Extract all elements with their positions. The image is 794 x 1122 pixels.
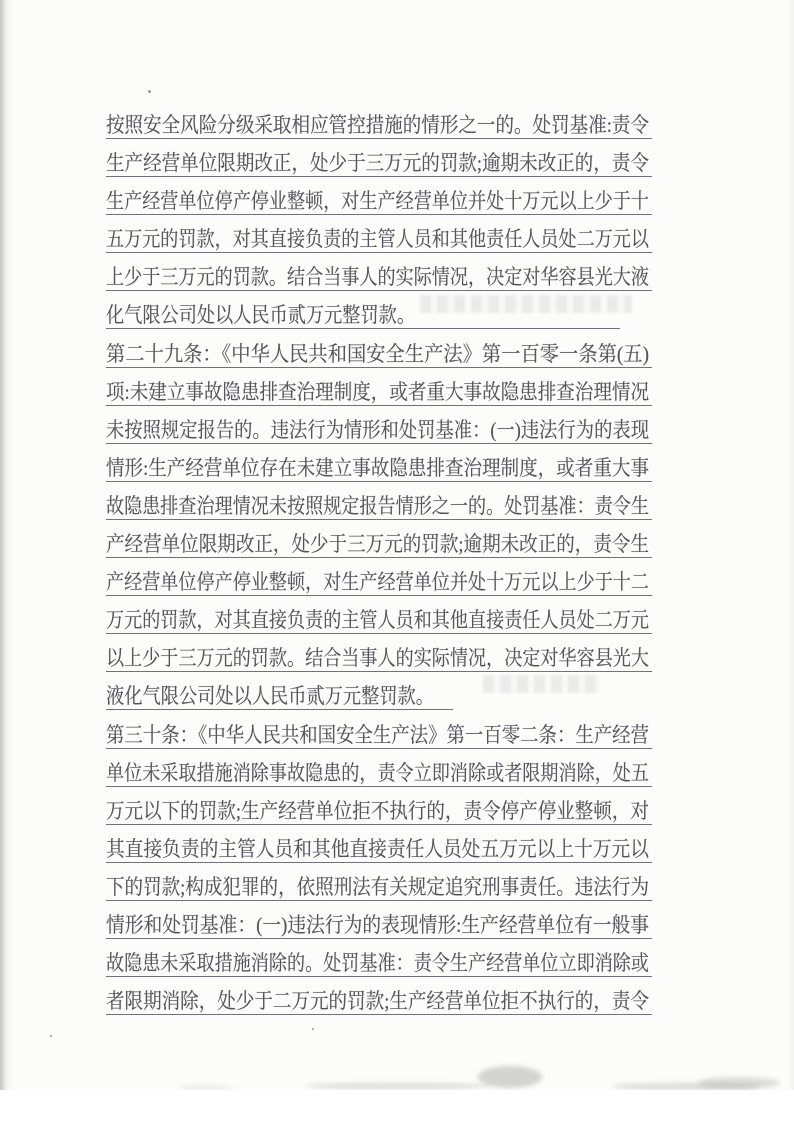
text-line: 第二十九条：《中华人民共和国安全生产法》第一百零一条第(五) [106,334,652,368]
line-text: 液化气限公司处以人民币贰万元整罚款。 [106,686,434,707]
scanner-background [0,1090,794,1122]
text-line: 故隐患排查治理情况未按照规定报告情形之一的。处罚基准：责令生 [106,486,652,520]
text-line: 情形和处罚基准：(一)违法行为的表现情形:生产经营单位有一般事 [106,905,652,939]
scan-smudge [698,1077,780,1089]
text-line: 万元以下的罚款;生产经营单位拒不执行的，责令停产停业整顿，对 [106,791,652,825]
text-line: 产经营单位停产停业整顿，对生产经营单位并处十万元以上少于十二 [106,562,652,596]
line-text: 故隐患排查治理情况未按照规定报告情形之一的。处罚基准：责令生 [106,496,649,517]
text-line: 生产经营单位限期改正，处少于三万元的罚款;逾期未改正的，责令 [106,143,652,177]
text-line: 未按照规定报告的。违法行为情形和处罚基准：(一)违法行为的表现 [106,410,652,444]
text-line: 以上少于三万元的罚款。结合当事人的实际情况，决定对华容县光大 [106,638,652,672]
line-text: 下的罚款;构成犯罪的，依照刑法有关规定追究刑事责任。违法行为 [106,877,649,898]
line-text: 项:未建立事故隐患排查治理制度，或者重大事故隐患排查治理情况 [106,382,649,403]
text-line: 情形:生产经营单位存在未建立事故隐患排查治理制度，或者重大事 [106,448,652,482]
text-line: 上少于三万元的罚款。结合当事人的实际情况，决定对华容县光大液 [106,257,652,291]
bleed-through-mark [420,295,632,313]
line-text: 产经营单位限期改正，处少于三万元的罚款;逾期未改正的，责令生 [106,534,649,555]
scan-smudge [305,1083,490,1089]
line-text: 单位未采取措施消除事故隐患的，责令立即消除或者限期消除，处五 [106,763,649,784]
text-line: 生产经营单位停产停业整顿，对生产经营单位并处十万元以上少于十 [106,181,652,215]
line-text: 其直接负责的主管人员和其他直接责任人员处五万元以上十万元以 [106,839,649,860]
bleed-through-mark [483,675,601,693]
line-text: 化气限公司处以人民币贰万元整罚款。 [106,305,415,326]
line-text: 情形:生产经营单位存在未建立事故隐患排查治理制度，或者重大事 [106,458,649,479]
line-text: 按照安全风险分级采取相应管控措施的情形之一的。处罚基准:责令 [106,115,649,136]
text-line: 万元的罚款，对其直接负责的主管人员和其他直接责任人员处二万元 [106,600,652,634]
text-line: 按照安全风险分级采取相应管控措施的情形之一的。处罚基准:责令 [106,105,652,139]
line-text: 第二十九条：《中华人民共和国安全生产法》第一百零一条第(五) [106,344,649,365]
text-line: 产经营单位限期改正，处少于三万元的罚款;逾期未改正的，责令生 [106,524,652,558]
line-text: 产经营单位停产停业整顿，对生产经营单位并处十万元以上少于十二 [106,572,649,593]
line-text: 万元的罚款，对其直接负责的主管人员和其他直接责任人员处二万元 [106,610,649,631]
line-text: 第三十条：《中华人民共和国安全生产法》第一百零二条：生产经营 [106,725,649,746]
text-line: 其直接负责的主管人员和其他直接责任人员处五万元以上十万元以 [106,829,652,863]
scan-speck [148,90,151,93]
page-edge-shadow-right [788,0,794,1090]
scan-speck [50,1035,52,1037]
line-text: 情形和处罚基准：(一)违法行为的表现情形:生产经营单位有一般事 [106,915,649,936]
document-text-block: 按照安全风险分级采取相应管控措施的情形之一的。处罚基准:责令 生产经营单位限期改… [106,105,654,1015]
line-text: 未按照规定报告的。违法行为情形和处罚基准：(一)违法行为的表现 [106,420,649,441]
line-text: 者限期消除，处少于二万元的罚款;生产经营单位拒不执行的，责令 [106,991,649,1012]
text-line: 故隐患未采取措施消除的。处罚基准：责令生产经营单位立即消除或 [106,943,652,977]
text-line: 者限期消除，处少于二万元的罚款;生产经营单位拒不执行的，责令 [106,981,652,1015]
line-text: 生产经营单位停产停业整顿，对生产经营单位并处十万元以上少于十 [106,191,649,212]
text-line: 下的罚款;构成犯罪的，依照刑法有关规定追究刑事责任。违法行为 [106,867,652,901]
line-text: 万元以下的罚款;生产经营单位拒不执行的，责令停产停业整顿，对 [106,801,649,822]
text-line: 单位未采取措施消除事故隐患的，责令立即消除或者限期消除，处五 [106,753,652,787]
scan-speck [312,1028,314,1030]
line-text: 以上少于三万元的罚款。结合当事人的实际情况，决定对华容县光大 [106,648,649,669]
text-line: 第三十条：《中华人民共和国安全生产法》第一百零二条：生产经营 [106,715,652,749]
page-edge-shadow-left [0,0,16,1090]
scanned-page: 按照安全风险分级采取相应管控措施的情形之一的。处罚基准:责令 生产经营单位限期改… [0,0,794,1090]
text-line: 液化气限公司处以人民币贰万元整罚款。 [106,676,453,710]
line-text: 生产经营单位限期改正，处少于三万元的罚款;逾期未改正的，责令 [106,153,649,174]
line-text: 故隐患未采取措施消除的。处罚基准：责令生产经营单位立即消除或 [106,953,649,974]
line-text: 上少于三万元的罚款。结合当事人的实际情况，决定对华容县光大液 [106,267,649,288]
text-line: 项:未建立事故隐患排查治理制度，或者重大事故隐患排查治理情况 [106,372,652,406]
line-text: 五万元的罚款，对其直接负责的主管人员和其他责任人员处二万元以 [106,229,649,250]
text-line: 五万元的罚款，对其直接负责的主管人员和其他责任人员处二万元以 [106,219,652,253]
